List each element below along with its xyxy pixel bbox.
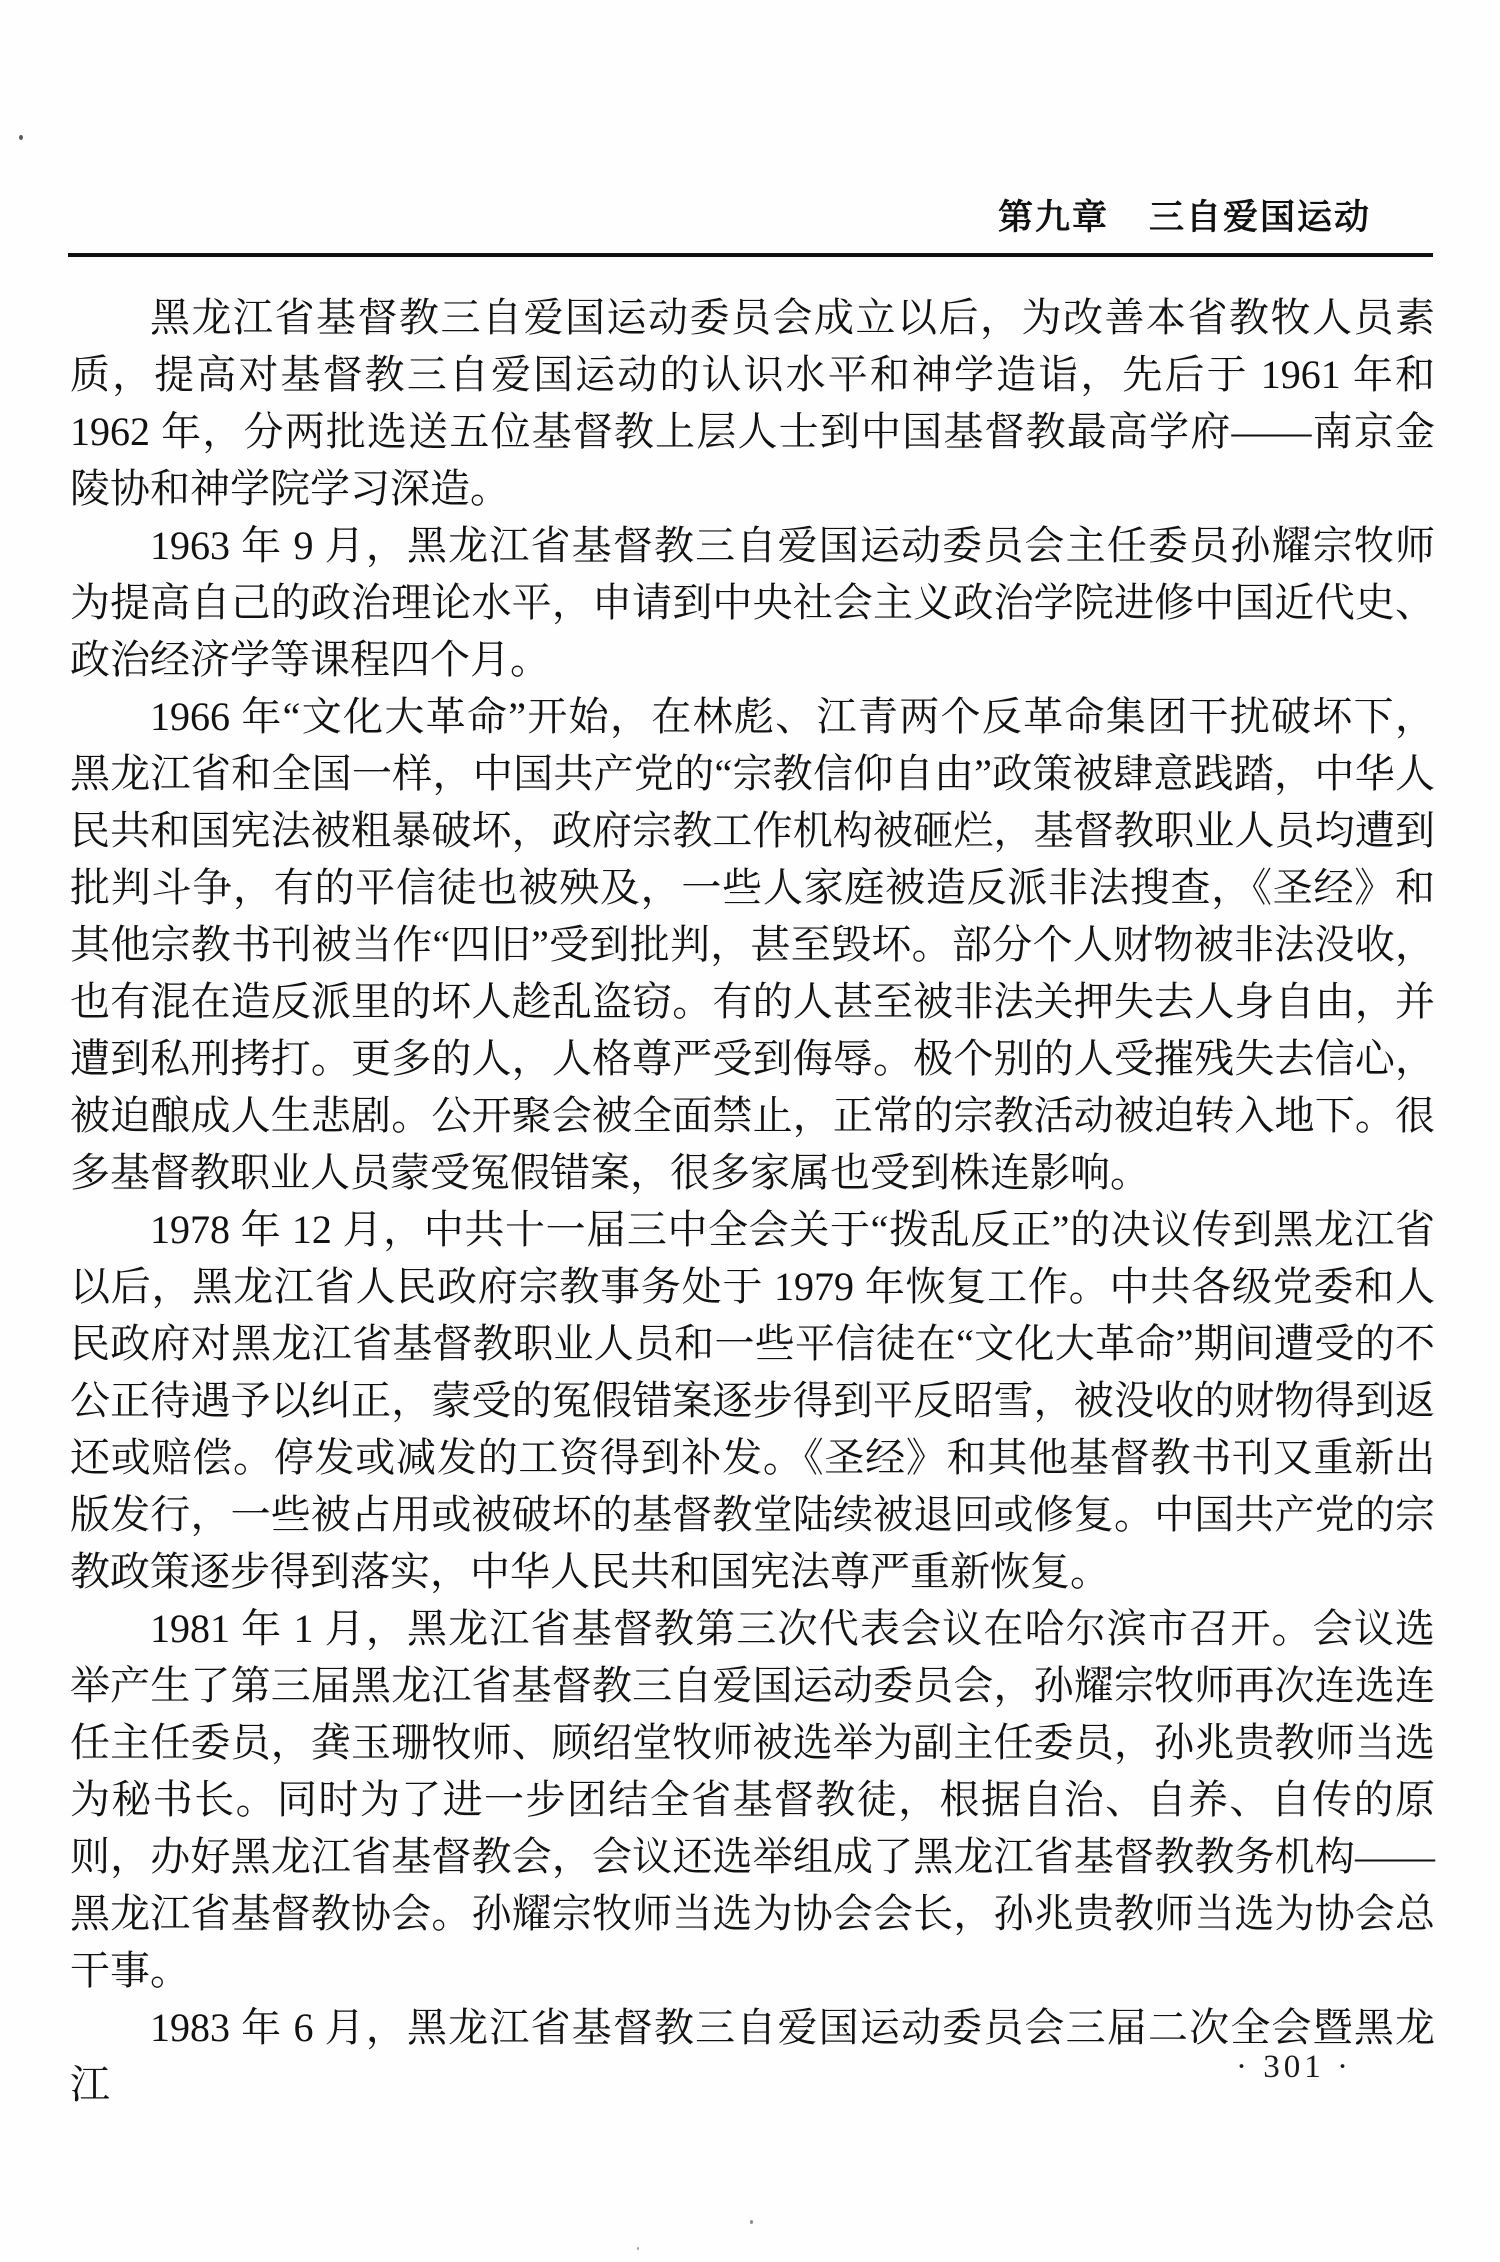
running-head: 第九章三自爱国运动: [70, 190, 1433, 240]
paragraph-2: 1963 年 9 月，黑龙江省基督教三自爱国运动委员会主任委员孙耀宗牧师为提高自…: [70, 517, 1435, 688]
book-page: 第九章三自爱国运动 黑龙江省基督教三自爱国运动委员会成立以后，为改善本省教牧人员…: [0, 0, 1500, 2262]
paragraph-1: 黑龙江省基督教三自爱国运动委员会成立以后，为改善本省教牧人员素质，提高对基督教三…: [70, 289, 1435, 517]
page-body: 黑龙江省基督教三自爱国运动委员会成立以后，为改善本省教牧人员素质，提高对基督教三…: [70, 289, 1435, 2113]
ink-speck: [750, 2220, 753, 2224]
paragraph-3: 1966 年“文化大革命”开始，在林彪、江青两个反革命集团干扰破坏下，黑龙江省和…: [70, 688, 1435, 1201]
ink-speck: [637, 2247, 639, 2250]
chapter-number: 第九章: [998, 198, 1109, 237]
page-number: · 301 ·: [70, 2049, 1433, 2086]
ink-speck: [19, 135, 23, 140]
chapter-title: 三自爱国运动: [1149, 198, 1371, 237]
header-rule: [68, 253, 1433, 257]
paragraph-5: 1981 年 1 月，黑龙江省基督教第三次代表会议在哈尔滨市召开。会议选举产生了…: [70, 1600, 1435, 1999]
paragraph-4: 1978 年 12 月，中共十一届三中全会关于“拨乱反正”的决议传到黑龙江省以后…: [70, 1201, 1435, 1600]
